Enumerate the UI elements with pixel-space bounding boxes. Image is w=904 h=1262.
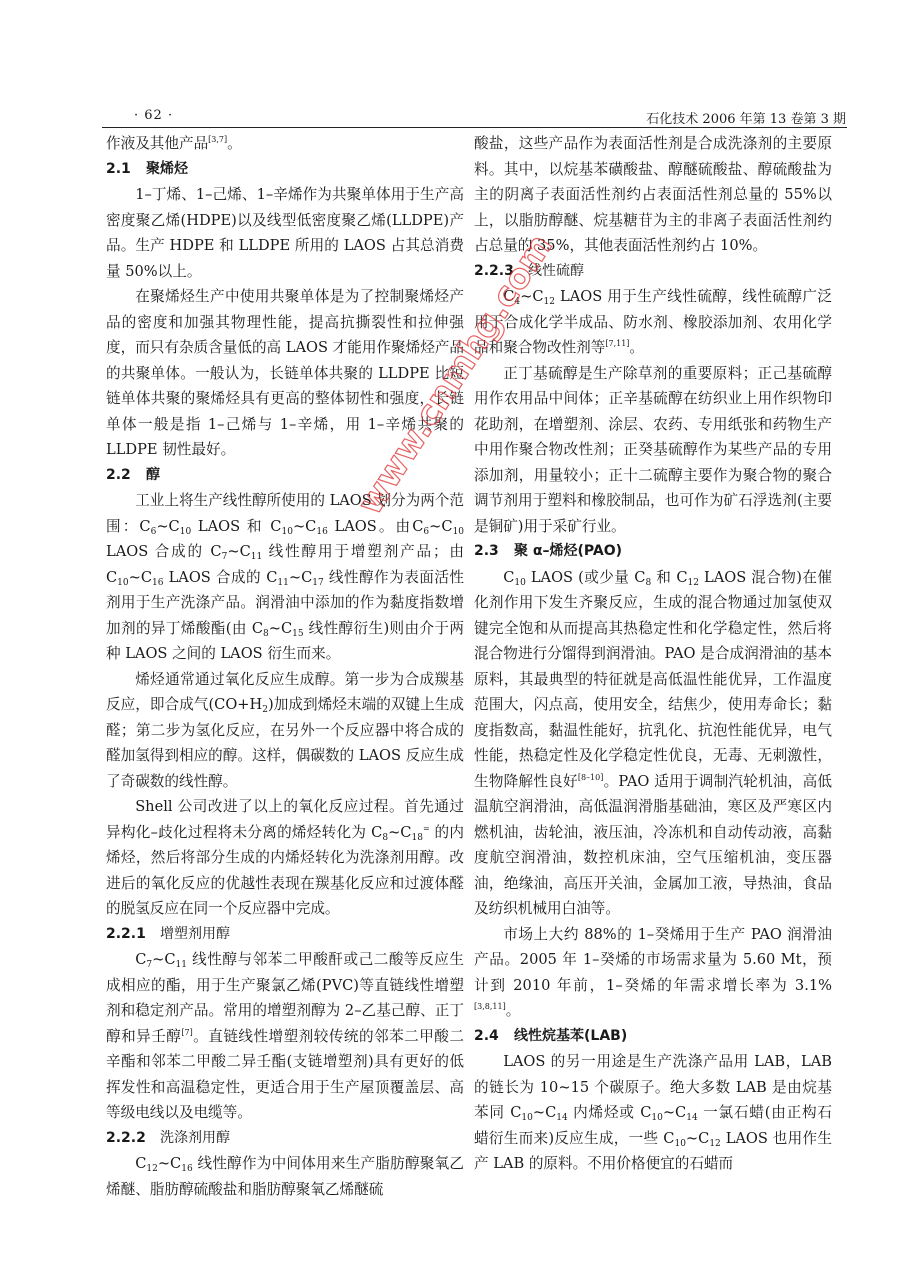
paragraph: 工业上将生产线性醇所使用的 LAOS 划分为两个范围：C6~C10 LAOS 和… (106, 488, 464, 667)
paragraph: C4~C12 LAOS 用于生产线性硫醇，线性硫醇广泛用于合成化学半成品、防水剂… (474, 284, 832, 361)
section-heading-2-2-2: 2.2.2洗涤剂用醇 (106, 1126, 464, 1152)
paragraph: C7~C11 线性醇与邻苯二甲酸酐或己二酸等反应生成相应的酯，用于生产聚氯乙烯(… (106, 947, 464, 1126)
header-rule (102, 127, 847, 128)
left-column: 作液及其他产品[3,7]。 2.1聚烯烃 1–丁烯、1–己烯、1–辛烯作为共聚单… (106, 131, 464, 1202)
paragraph-continuation: 酸盐，这些产品作为表面活性剂是合成洗涤剂的主要原料。其中，以烷基苯磺酸盐、醇醚硫… (474, 131, 832, 259)
right-column: 酸盐，这些产品作为表面活性剂是合成洗涤剂的主要原料。其中，以烷基苯磺酸盐、醇醚硫… (474, 131, 832, 1177)
citation: [7] (181, 1028, 192, 1037)
section-heading-2-1: 2.1聚烯烃 (106, 157, 464, 183)
paragraph-continuation: 作液及其他产品[3,7]。 (106, 131, 464, 157)
section-heading-2-2-3: 2.2.3线性硫醇 (474, 259, 832, 285)
citation: [7,11] (605, 339, 629, 348)
paragraph: 烯烃通常通过氧化反应生成醇。第一步为合成羰基反应，即合成气(CO+H2)加成到烯… (106, 667, 464, 795)
paragraph: 1–丁烯、1–己烯、1–辛烯作为共聚单体用于生产高密度聚乙烯(HDPE)以及线型… (106, 182, 464, 284)
paragraph: C12~C16 线性醇作为中间体用来生产脂肪醇聚氧乙烯醚、脂肪醇硫酸盐和脂肪醇聚… (106, 1151, 464, 1202)
citation: [3,7] (208, 135, 227, 144)
page-number: · 62 · (134, 108, 173, 123)
section-heading-2-2: 2.2醇 (106, 463, 464, 489)
paragraph: 市场上大约 88%的 1–癸烯用于生产 PAO 润滑油产品。2005 年 1–癸… (474, 922, 832, 1024)
paragraph: Shell 公司改进了以上的氧化反应过程。首先通过异构化–歧化过程将未分离的烯烃… (106, 794, 464, 922)
section-heading-2-4: 2.4线性烷基苯(LAB) (474, 1024, 832, 1050)
paragraph: 正丁基硫醇是生产除草剂的重要原料；正己基硫醇用作农用品中间体；正辛基硫醇在纺织业… (474, 361, 832, 540)
running-header: · 62 · 石化技术 2006 年第 13 卷第 3 期 (104, 104, 846, 126)
paragraph: C10 LAOS (或少量 C8 和 C12 LAOS 混合物)在催化剂作用下发… (474, 565, 832, 922)
citation: [8–10] (578, 773, 604, 782)
journal-citation: 石化技术 2006 年第 13 卷第 3 期 (646, 108, 846, 127)
section-heading-2-3: 2.3聚 α–烯烃(PAO) (474, 539, 832, 565)
citation: [3,8,11] (474, 1002, 506, 1011)
paragraph: LAOS 的另一用途是生产洗涤产品用 LAB，LAB 的链长为 10~15 个碳… (474, 1049, 832, 1177)
section-heading-2-2-1: 2.2.1增塑剂用醇 (106, 922, 464, 948)
paragraph: 在聚烯烃生产中使用共聚单体是为了控制聚烯烃产品的密度和加强其物理性能，提高抗撕裂… (106, 284, 464, 463)
